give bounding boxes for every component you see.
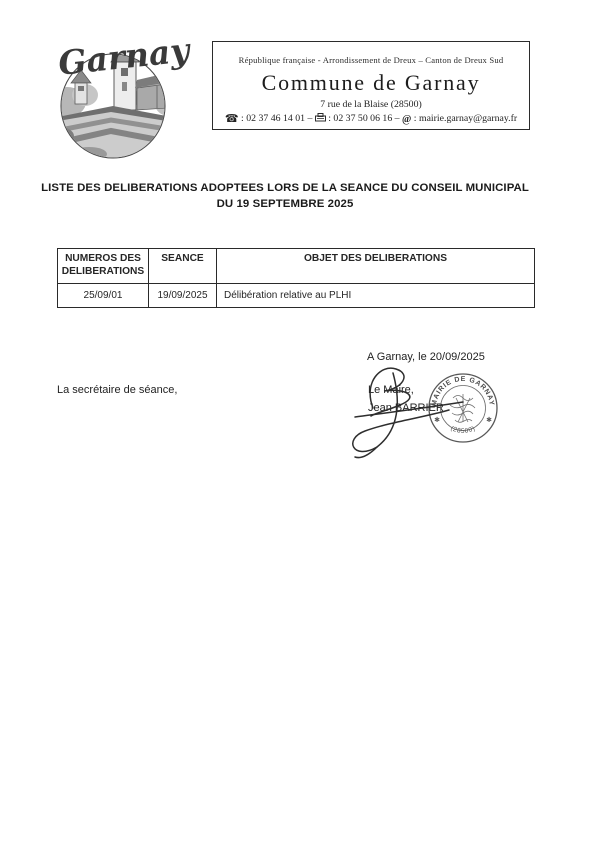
table-row: 25/09/01 19/09/2025 Délibération relativ…: [58, 284, 535, 308]
title-line-2: DU 19 SEPTEMBRE 2025: [30, 197, 540, 213]
header-objet: OBJET DES DELIBERATIONS: [217, 249, 535, 284]
deliberations-table: NUMEROS DES DELIBERATIONS SEANCE OBJET D…: [57, 248, 535, 308]
cell-seance: 19/09/2025: [149, 284, 217, 308]
garnay-logo: Garnay: [45, 26, 205, 168]
address-line: 7 rue de la Blaise (28500): [213, 99, 529, 110]
header-seance: SEANCE: [149, 249, 217, 284]
contact-line: ☎ : 02 37 46 14 01 – : 02 37 50 06 16 – …: [213, 112, 529, 125]
email-address: : mairie.garnay@garnay.fr: [414, 113, 517, 124]
document-page: Garnay République française - Arrondisse…: [0, 0, 595, 842]
commune-name: Commune de Garnay: [213, 70, 529, 96]
title-line-1: LISTE DES DELIBERATIONS ADOPTEES LORS DE…: [30, 181, 540, 197]
phone-number: : 02 37 46 14 01: [241, 113, 305, 124]
document-title: LISTE DES DELIBERATIONS ADOPTEES LORS DE…: [30, 181, 540, 212]
stamp-crest-scribble: [450, 394, 475, 422]
separator-dash: –: [307, 113, 312, 124]
logo-script-text: Garnay: [56, 30, 194, 83]
official-stamp: MAIRIE DE GARNAY (28500) ✱ ✱: [423, 368, 503, 448]
cell-objet: Délibération relative au PLHI: [217, 284, 535, 308]
secretary-line: La secrétaire de séance,: [57, 384, 177, 396]
header-numeros: NUMEROS DES DELIBERATIONS: [58, 249, 149, 284]
stamp-bottom-text: (28500): [449, 425, 476, 435]
fax-number: : 02 37 50 06 16: [328, 113, 392, 124]
letterhead-box: République française - Arrondissement de…: [212, 41, 530, 130]
email-at-icon: @: [402, 114, 411, 125]
fax-icon: [315, 113, 326, 125]
separator-dash: –: [395, 113, 400, 124]
phone-icon: ☎: [225, 112, 239, 125]
svg-text:(28500): (28500): [449, 425, 476, 435]
cell-numero: 25/09/01: [58, 284, 149, 308]
place-date: A Garnay, le 20/09/2025: [367, 351, 485, 363]
republique-line: République française - Arrondissement de…: [213, 55, 529, 65]
stamp-star-right: ✱: [486, 416, 492, 424]
stamp-star-left: ✱: [434, 416, 440, 424]
village-illustration: Garnay: [45, 26, 205, 168]
table-header-row: NUMEROS DES DELIBERATIONS SEANCE OBJET D…: [58, 249, 535, 284]
